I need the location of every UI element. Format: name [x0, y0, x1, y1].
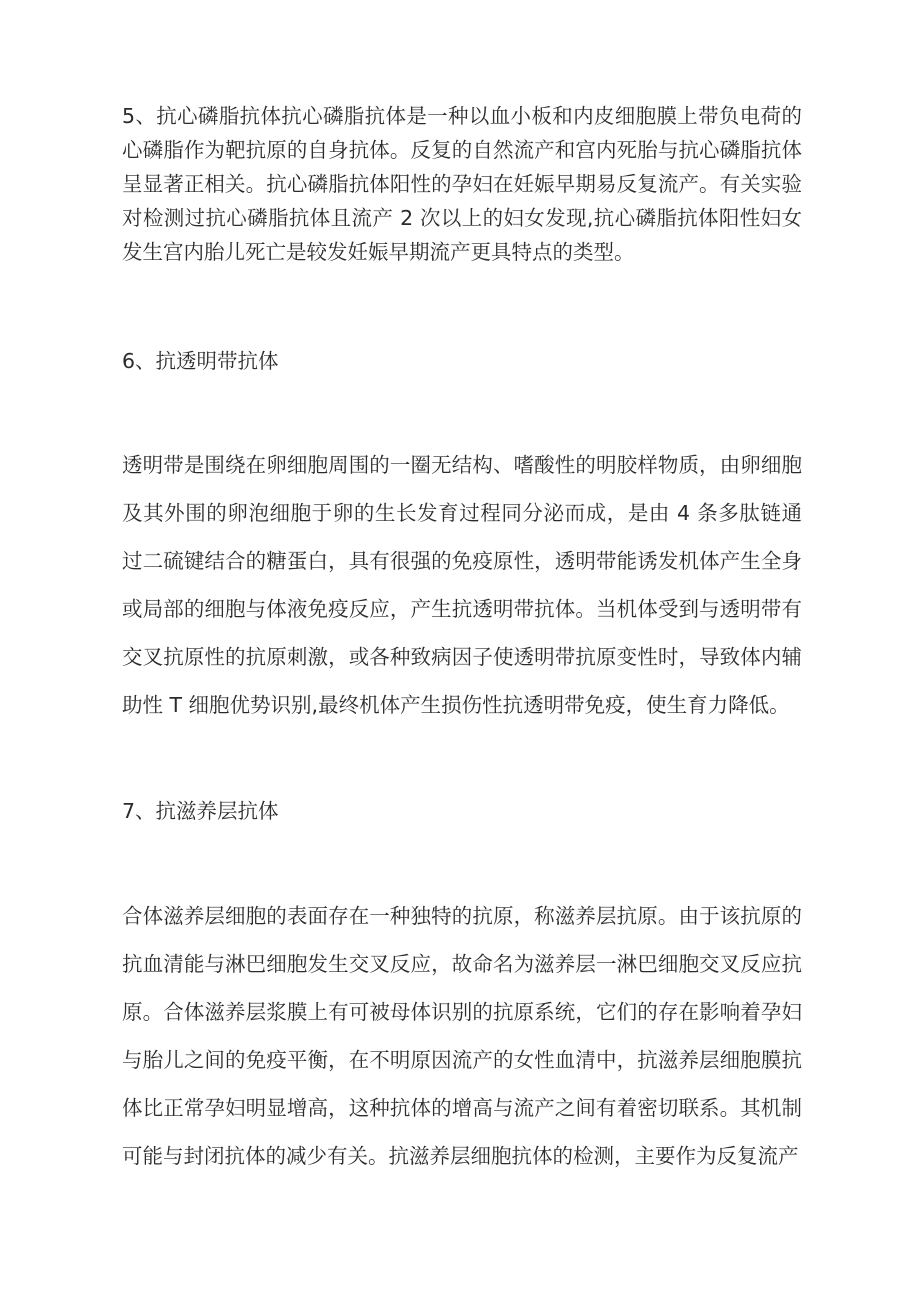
heading-anti-zona-pellucida-antibody: 6、抗透明带抗体: [122, 346, 802, 376]
paragraph-anticardiolipin-antibody: 5、抗心磷脂抗体抗心磷脂抗体是一种以血小板和内皮细胞膜上带负电荷的心磷脂作为靶抗…: [122, 99, 802, 269]
paragraph-anti-zona-pellucida-antibody: 透明带是围绕在卵细胞周围的一圈无结构、嗜酸性的明胶样物质，由卵细胞及其外围的卵泡…: [122, 441, 802, 729]
heading-anti-trophoblast-antibody: 7、抗滋养层抗体: [122, 796, 802, 826]
document-page: 5、抗心磷脂抗体抗心磷脂抗体是一种以血小板和内皮细胞膜上带负电荷的心磷脂作为靶抗…: [0, 0, 920, 1301]
paragraph-anti-trophoblast-antibody: 合体滋养层细胞的表面存在一种独特的抗原，称滋养层抗原。由于该抗原的抗血清能与淋巴…: [122, 892, 802, 1180]
